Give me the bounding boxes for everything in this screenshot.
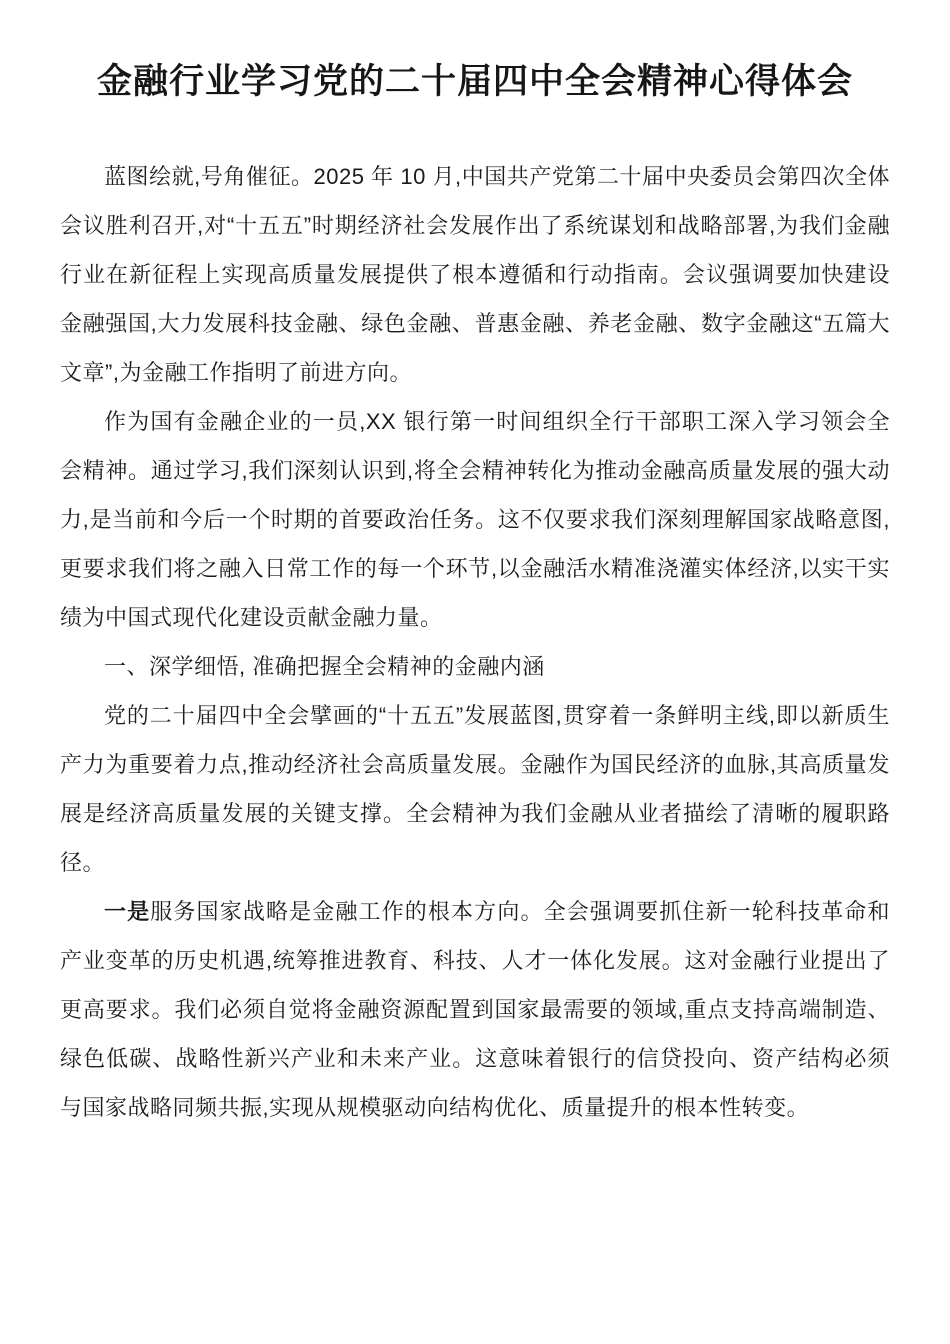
document-page: 金融行业学习党的二十届四中全会精神心得体会 蓝图绘就,号角催征。2025 年 1… (0, 0, 950, 1344)
section-heading-1: 一、深学细悟, 准确把握全会精神的金融内涵 (60, 642, 890, 691)
document-title: 金融行业学习党的二十届四中全会精神心得体会 (60, 62, 890, 102)
document-body: 蓝图绘就,号角催征。2025 年 10 月,中国共产党第二十届中央委员会第四次全… (60, 152, 890, 1132)
paragraph-intro-1: 蓝图绘就,号角催征。2025 年 10 月,中国共产党第二十届中央委员会第四次全… (60, 152, 890, 397)
bold-lead-yishi: 一是 (104, 899, 150, 924)
paragraph-section1-body: 党的二十届四中全会擘画的“十五五”发展蓝图,贯穿着一条鲜明主线,即以新质生产力为… (60, 691, 890, 887)
paragraph-point-1: 一是服务国家战略是金融工作的根本方向。全会强调要抓住新一轮科技革命和产业变革的历… (60, 887, 890, 1132)
paragraph-point-1-text: 服务国家战略是金融工作的根本方向。全会强调要抓住新一轮科技革命和产业变革的历史机… (60, 899, 890, 1120)
paragraph-intro-2: 作为国有金融企业的一员,XX 银行第一时间组织全行干部职工深入学习领会全会精神。… (60, 397, 890, 642)
